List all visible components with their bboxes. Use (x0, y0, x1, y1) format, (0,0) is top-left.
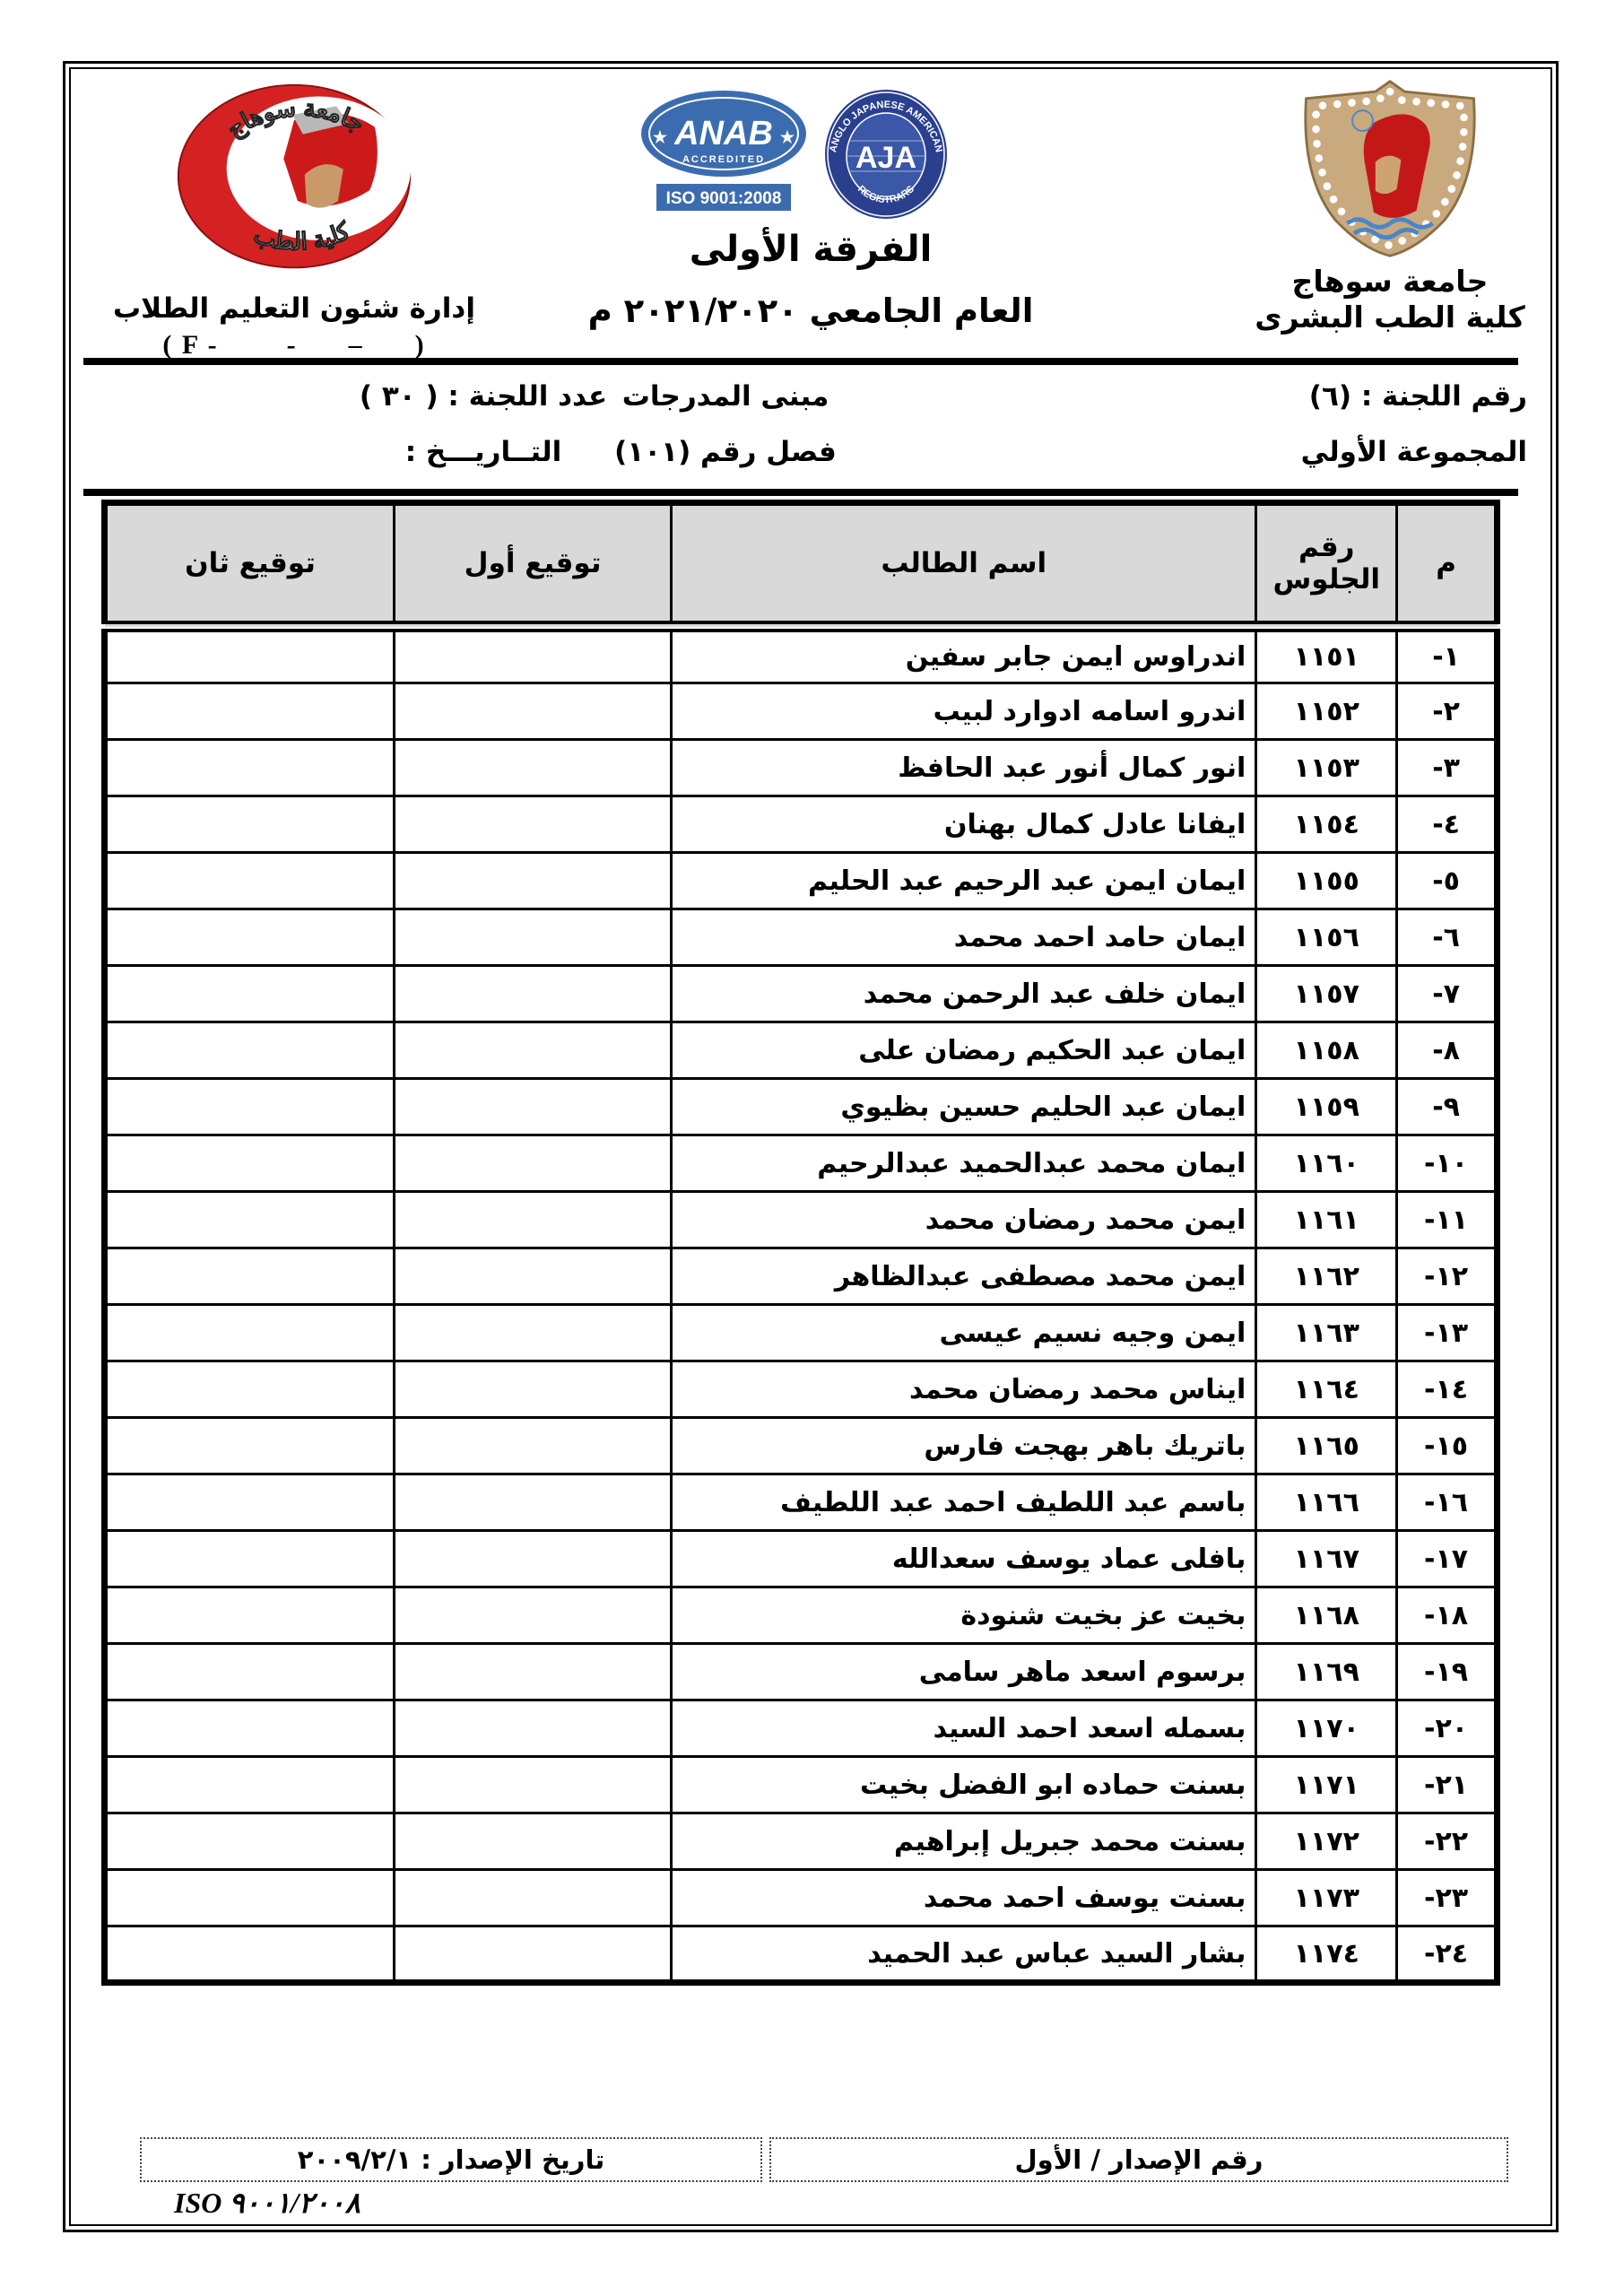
col-header-student-name: اسم الطالب (672, 503, 1256, 627)
second-signature-cell (105, 1192, 395, 1248)
table-row: ١٥-١١٦٥باتريك باهر بهجت فارس (105, 1418, 1498, 1474)
first-signature-cell (395, 1757, 672, 1813)
table-row: ١١-١١٦١ايمن محمد رمضان محمد (105, 1192, 1498, 1248)
first-signature-cell (395, 1361, 672, 1418)
first-signature-cell (395, 1418, 672, 1474)
student-roster-table: م رقم الجلوس اسم الطالب توقيع أول توقيع … (101, 500, 1500, 1986)
seat-number-cell: ١١٦٨ (1256, 1587, 1397, 1644)
second-signature-cell (105, 1587, 395, 1644)
university-name: جامعة سوهاج (1242, 264, 1538, 300)
accreditation-badges: ★ ★ ANAB ACCREDITED ISO 9001:2008 AJA AN… (569, 87, 1017, 222)
seat-number-cell: ١١٥٧ (1256, 966, 1397, 1022)
second-signature-cell (105, 1926, 395, 1983)
faculty-crescent-logo-icon: جامعة سوهاج كلية الطب (160, 78, 429, 280)
issue-date-box: تاريخ الإصدار : ٢٠٠٩/٢/١ (140, 2137, 762, 2182)
row-number-cell: ١- (1397, 627, 1498, 683)
second-signature-cell (105, 1361, 395, 1418)
seat-number-cell: ١١٦٩ (1256, 1644, 1397, 1700)
second-signature-cell (105, 1135, 395, 1192)
row-number-cell: ٢١- (1397, 1757, 1498, 1813)
first-signature-cell (395, 1248, 672, 1305)
student-name-cell: بافلى عماد يوسف سعدالله (672, 1531, 1256, 1587)
student-name-cell: برسوم اسعد ماهر سامى (672, 1644, 1256, 1700)
col-header-first-signature: توقيع أول (395, 503, 672, 627)
table-row: ١٤-١١٦٤ايناس محمد رمضان محمد (105, 1361, 1498, 1418)
first-signature-cell (395, 1700, 672, 1757)
first-signature-cell (395, 627, 672, 683)
second-signature-cell (105, 1757, 395, 1813)
seat-number-cell: ١١٦٠ (1256, 1135, 1397, 1192)
anab-star-right-icon: ★ (779, 128, 795, 146)
seat-number-cell: ١١٥٩ (1256, 1079, 1397, 1135)
committee-group: المجموعة الأولي (1301, 424, 1527, 480)
row-number-cell: ١٩- (1397, 1644, 1498, 1700)
student-name-cell: باتريك باهر بهجت فارس (672, 1418, 1256, 1474)
student-name-cell: انور كمال أنور عبد الحافظ (672, 740, 1256, 796)
student-table-body: ١-١١٥١اندراوس ايمن جابر سفين٢-١١٥٢اندرو … (105, 627, 1498, 1983)
anab-logo-icon: ★ ★ ANAB ACCREDITED ISO 9001:2008 (637, 87, 812, 222)
student-name-cell: ايمان خلف عبد الرحمن محمد (672, 966, 1256, 1022)
first-signature-cell (395, 796, 672, 853)
student-name-cell: بسنت حماده ابو الفضل بخيت (672, 1757, 1256, 1813)
row-number-cell: ٩- (1397, 1079, 1498, 1135)
committee-info-left: عدد اللجنة : ( ٣٠ ) التــاريـــخ : (286, 369, 681, 480)
iso-certification-line: ISO ٩٠٠١/٢٠٠٨ (174, 2186, 360, 2220)
row-number-cell: ١٧- (1397, 1531, 1498, 1587)
seat-number-cell: ١١٧٠ (1256, 1700, 1397, 1757)
iso-9001-badge: ISO 9001:2008 (665, 189, 781, 208)
student-name-cell: ايمان عبد الحليم حسين بظيوي (672, 1079, 1256, 1135)
table-row: ٨-١١٥٨ايمان عبد الحكيم رمضان على (105, 1022, 1498, 1079)
second-signature-cell (105, 1079, 395, 1135)
first-signature-cell (395, 1531, 672, 1587)
student-name-cell: بخيت عز بخيت شنودة (672, 1587, 1256, 1644)
first-signature-cell (395, 1587, 672, 1644)
first-signature-cell (395, 1022, 672, 1079)
seat-number-cell: ١١٥٤ (1256, 796, 1397, 853)
row-number-cell: ٢٢- (1397, 1813, 1498, 1870)
second-signature-cell (105, 1248, 395, 1305)
table-row: ٢٠-١١٧٠بسمله اسعد احمد السيد (105, 1700, 1498, 1757)
second-signature-cell (105, 1022, 395, 1079)
second-signature-cell (105, 1870, 395, 1926)
footer-row: رقم الإصدار / الأول تاريخ الإصدار : ٢٠٠٩… (140, 2137, 1508, 2182)
student-name-cell: ايمن محمد مصطفى عبدالظاهر (672, 1248, 1256, 1305)
seat-number-cell: ١١٧٤ (1256, 1926, 1397, 1983)
row-number-cell: ٦- (1397, 909, 1498, 966)
table-row: ١٢-١١٦٢ايمن محمد مصطفى عبدالظاهر (105, 1248, 1498, 1305)
col-header-number: م (1397, 503, 1498, 627)
row-number-cell: ٢- (1397, 683, 1498, 740)
header-center-block: ★ ★ ANAB ACCREDITED ISO 9001:2008 AJA AN… (569, 87, 1053, 330)
student-name-cell: ايمان حامد احمد محمد (672, 909, 1256, 966)
page-outer-border: جامعة سوهاج كلية الطب البشرى ★ ★ ANAB AC… (63, 61, 1559, 2232)
student-name-cell: ايناس محمد رمضان محمد (672, 1361, 1256, 1418)
student-name-cell: بسنت محمد جبريل إبراهيم (672, 1813, 1256, 1870)
student-name-cell: اندرو اسامه ادوارد لبيب (672, 683, 1256, 740)
student-name-cell: ايمن محمد رمضان محمد (672, 1192, 1256, 1248)
faculty-name: كلية الطب البشرى (1242, 300, 1538, 335)
student-name-cell: ايمان عبد الحكيم رمضان على (672, 1022, 1256, 1079)
grade-title: الفرقة الأولى (569, 229, 1053, 270)
row-number-cell: ٥- (1397, 853, 1498, 909)
first-signature-cell (395, 1079, 672, 1135)
aja-logo-icon: AJA ANGLO JAPANESE AMERICAN REGISTRARS (822, 87, 950, 222)
table-row: ١٦-١١٦٦باسم عبد اللطيف احمد عبد اللطيف (105, 1474, 1498, 1531)
table-row: ٢٣-١١٧٣بسنت يوسف احمد محمد (105, 1870, 1498, 1926)
first-signature-cell (395, 909, 672, 966)
seat-number-cell: ١١٥٣ (1256, 740, 1397, 796)
table-row: ٧-١١٥٧ايمان خلف عبد الرحمن محمد (105, 966, 1498, 1022)
seat-number-cell: ١١٥٦ (1256, 909, 1397, 966)
table-row: ١٩-١١٦٩برسوم اسعد ماهر سامى (105, 1644, 1498, 1700)
col-header-seat: رقم الجلوس (1256, 503, 1397, 627)
second-signature-cell (105, 1813, 395, 1870)
committee-date-label: التــاريـــخ : (286, 424, 681, 480)
academic-year: العام الجامعي ٢٠٢١/٢٠٢٠ م (569, 291, 1053, 330)
seat-number-cell: ١١٧٣ (1256, 1870, 1397, 1926)
student-name-cell: بسنت يوسف احمد محمد (672, 1870, 1256, 1926)
first-signature-cell (395, 966, 672, 1022)
row-number-cell: ٢٣- (1397, 1870, 1498, 1926)
anab-star-left-icon: ★ (652, 128, 667, 146)
second-signature-cell (105, 683, 395, 740)
first-signature-cell (395, 1135, 672, 1192)
header-university-block: جامعة سوهاج كلية الطب البشرى (1242, 76, 1538, 335)
student-name-cell: بسمله اسعد احمد السيد (672, 1700, 1256, 1757)
student-name-cell: ايمان ايمن عبد الرحيم عبد الحليم (672, 853, 1256, 909)
seat-number-cell: ١١٦٥ (1256, 1418, 1397, 1474)
row-number-cell: ٢٠- (1397, 1700, 1498, 1757)
form-code: ( F - - – ) (83, 330, 505, 361)
first-signature-cell (395, 1474, 672, 1531)
table-row: ٣-١١٥٣انور كمال أنور عبد الحافظ (105, 740, 1498, 796)
second-signature-cell (105, 1474, 395, 1531)
row-number-cell: ١٣- (1397, 1305, 1498, 1361)
student-name-cell: ايمن وجيه نسيم عيسى (672, 1305, 1256, 1361)
table-row: ١٠-١١٦٠ايمان محمد عبدالحميد عبدالرحيم (105, 1135, 1498, 1192)
department-name: إدارة شئون التعليم الطلاب (83, 292, 505, 325)
second-signature-cell (105, 1700, 395, 1757)
student-name-cell: اندراوس ايمن جابر سفين (672, 627, 1256, 683)
row-number-cell: ٤- (1397, 796, 1498, 853)
first-signature-cell (395, 740, 672, 796)
table-row: ١-١١٥١اندراوس ايمن جابر سفين (105, 627, 1498, 683)
row-number-cell: ١٠- (1397, 1135, 1498, 1192)
first-signature-cell (395, 1192, 672, 1248)
second-signature-cell (105, 909, 395, 966)
row-number-cell: ١٢- (1397, 1248, 1498, 1305)
table-row: ١٧-١١٦٧بافلى عماد يوسف سعدالله (105, 1531, 1498, 1587)
second-signature-cell (105, 1531, 395, 1587)
seat-number-cell: ١١٦٣ (1256, 1305, 1397, 1361)
seat-number-cell: ١١٦٦ (1256, 1474, 1397, 1531)
row-number-cell: ٧- (1397, 966, 1498, 1022)
second-signature-cell (105, 627, 395, 683)
seat-number-cell: ١١٧٢ (1256, 1813, 1397, 1870)
first-signature-cell (395, 1305, 672, 1361)
seat-number-cell: ١١٦٧ (1256, 1531, 1397, 1587)
second-signature-cell (105, 853, 395, 909)
info-divider-rule (83, 489, 1518, 496)
committee-count: عدد اللجنة : ( ٣٠ ) (286, 369, 681, 424)
aja-wordmark: AJA (855, 141, 916, 175)
second-signature-cell (105, 740, 395, 796)
second-signature-cell (105, 1418, 395, 1474)
seat-number-cell: ١١٥٢ (1256, 683, 1397, 740)
table-row: ٢١-١١٧١بسنت حماده ابو الفضل بخيت (105, 1757, 1498, 1813)
first-signature-cell (395, 1870, 672, 1926)
seat-number-cell: ١١٦١ (1256, 1192, 1397, 1248)
row-number-cell: ١٤- (1397, 1361, 1498, 1418)
table-row: ٢-١١٥٢اندرو اسامه ادوارد لبيب (105, 683, 1498, 740)
table-row: ٢٤-١١٧٤بشار السيد عباس عبد الحميد (105, 1926, 1498, 1983)
seat-number-cell: ١١٦٢ (1256, 1248, 1397, 1305)
first-signature-cell (395, 1644, 672, 1700)
seat-number-cell: ١١٧١ (1256, 1757, 1397, 1813)
page-inner-border: جامعة سوهاج كلية الطب البشرى ★ ★ ANAB AC… (69, 67, 1552, 2226)
header-divider-rule (83, 358, 1518, 365)
student-name-cell: باسم عبد اللطيف احمد عبد اللطيف (672, 1474, 1256, 1531)
col-header-second-signature: توقيع ثان (105, 503, 395, 627)
anab-wordmark: ANAB (673, 115, 773, 152)
second-signature-cell (105, 966, 395, 1022)
student-name-cell: ايمان محمد عبدالحميد عبدالرحيم (672, 1135, 1256, 1192)
row-number-cell: ٢٤- (1397, 1926, 1498, 1983)
seat-number-cell: ١١٥٨ (1256, 1022, 1397, 1079)
second-signature-cell (105, 796, 395, 853)
first-signature-cell (395, 853, 672, 909)
first-signature-cell (395, 1926, 672, 1983)
committee-info-right: رقم اللجنة : (٦) المجموعة الأولي (1301, 369, 1527, 480)
table-row: ٩-١١٥٩ايمان عبد الحليم حسين بظيوي (105, 1079, 1498, 1135)
table-row: ٢٢-١١٧٢بسنت محمد جبريل إبراهيم (105, 1813, 1498, 1870)
row-number-cell: ١٥- (1397, 1418, 1498, 1474)
table-row: ١٨-١١٦٨بخيت عز بخيت شنودة (105, 1587, 1498, 1644)
table-row: ١٣-١١٦٣ايمن وجيه نسيم عيسى (105, 1305, 1498, 1361)
second-signature-cell (105, 1305, 395, 1361)
first-signature-cell (395, 1813, 672, 1870)
table-row: ٤-١١٥٤ايفانا عادل كمال بهنان (105, 796, 1498, 853)
row-number-cell: ١٦- (1397, 1474, 1498, 1531)
row-number-cell: ٣- (1397, 740, 1498, 796)
student-name-cell: بشار السيد عباس عبد الحميد (672, 1926, 1256, 1983)
table-header-row: م رقم الجلوس اسم الطالب توقيع أول توقيع … (105, 503, 1498, 627)
seat-number-cell: ١١٥١ (1256, 627, 1397, 683)
second-signature-cell (105, 1644, 395, 1700)
row-number-cell: ٨- (1397, 1022, 1498, 1079)
seat-number-cell: ١١٦٤ (1256, 1361, 1397, 1418)
table-row: ٥-١١٥٥ايمان ايمن عبد الرحيم عبد الحليم (105, 853, 1498, 909)
anab-accredited-label: ACCREDITED (682, 154, 764, 165)
committee-number: رقم اللجنة : (٦) (1301, 369, 1527, 424)
issue-number-box: رقم الإصدار / الأول (769, 2137, 1508, 2182)
seat-number-cell: ١١٥٥ (1256, 853, 1397, 909)
table-row: ٦-١١٥٦ايمان حامد احمد محمد (105, 909, 1498, 966)
student-name-cell: ايفانا عادل كمال بهنان (672, 796, 1256, 853)
university-shield-logo-icon (1282, 76, 1498, 260)
first-signature-cell (395, 683, 672, 740)
row-number-cell: ١١- (1397, 1192, 1498, 1248)
row-number-cell: ١٨- (1397, 1587, 1498, 1644)
header-department-block: جامعة سوهاج كلية الطب إدارة شئون التعليم… (83, 78, 505, 361)
